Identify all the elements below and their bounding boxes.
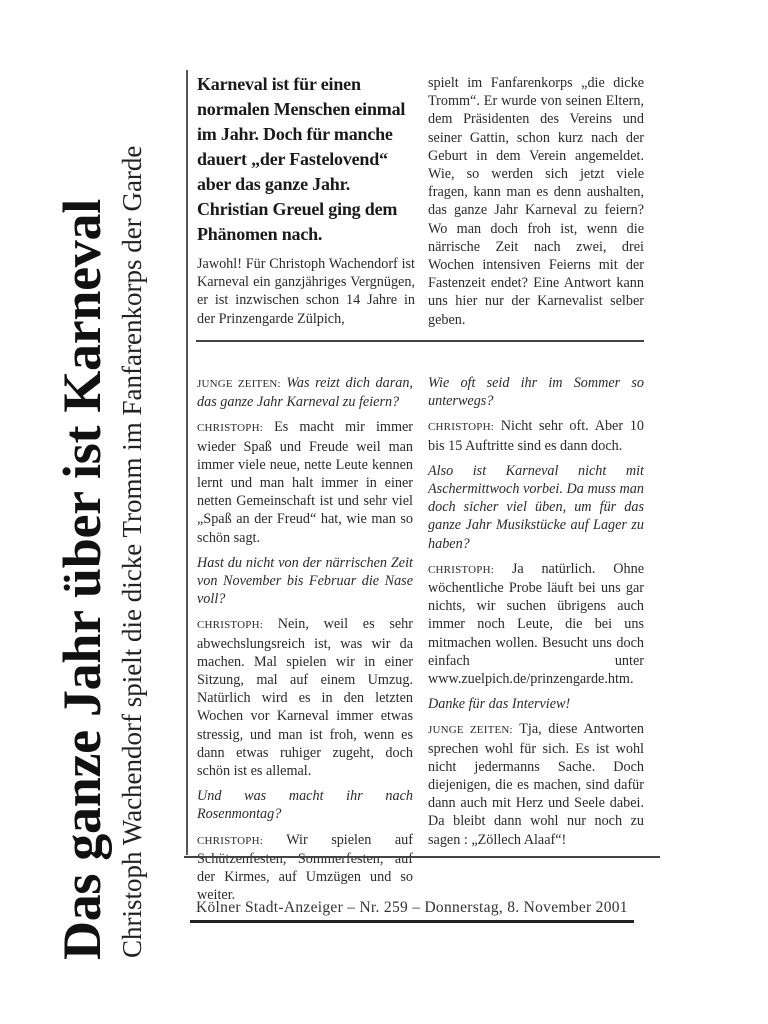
interview-entry: CHRISTOPH: Wir spielen auf Schützenfeste… (197, 831, 413, 905)
answer-text: Ja natürlich. Ohne wöchentliche Probe lä… (428, 561, 644, 687)
speaker-label: CHRISTOPH: (428, 564, 494, 576)
question-text: Wie oft seid ihr im Sommer so unterwegs? (428, 374, 644, 410)
interview-entry: CHRISTOPH: Es macht mir immer wieder Spa… (197, 418, 413, 546)
interview-entry: JUNGE ZEITEN: Was reizt dich daran, das … (197, 374, 413, 411)
interview-entry: CHRISTOPH: Ja natürlich. Ohne wöchentlic… (428, 560, 644, 688)
speaker-label: CHRISTOPH: (428, 421, 494, 433)
speaker-label: JUNGE ZEITEN: (428, 724, 513, 736)
intro-text-1: Jawohl! Für Christoph Wachendorf ist Kar… (197, 255, 415, 328)
interview-entry: CHRISTOPH: Nein, weil es sehr abwechslun… (197, 615, 413, 780)
interview-column-2: Wie oft seid ihr im Sommer so unterwegs?… (428, 374, 644, 856)
source-citation: Kölner Stadt-Anzeiger – Nr. 259 – Donner… (196, 899, 636, 917)
interview-column-1: JUNGE ZEITEN: Was reizt dich daran, das … (197, 374, 413, 911)
speaker-label: CHRISTOPH: (197, 835, 263, 847)
interview-entry: JUNGE ZEITEN: Tja, diese Antworten sprec… (428, 720, 644, 848)
question-text: Und was macht ihr nach Rosenmontag? (197, 787, 413, 823)
intro-column-1: Karneval ist für einen normalen Menschen… (197, 72, 415, 328)
intro-text-2: spielt im Fanfarenkorps „die dicke Tromm… (428, 74, 644, 329)
question-text: Danke für das Interview! (428, 695, 644, 713)
intro-column-2: spielt im Fanfarenkorps „die dicke Tromm… (428, 74, 644, 329)
vertical-divider (186, 70, 188, 855)
headline-block: Das ganze Jahr über ist Karneval Christo… (52, 60, 172, 960)
section-divider-top (196, 340, 644, 342)
answer-text: Nein, weil es sehr abwechslungsreich ist… (197, 616, 413, 779)
headline-title: Das ganze Jahr über ist Karneval (52, 60, 112, 960)
speaker-label: CHRISTOPH: (197, 422, 263, 434)
speaker-label: CHRISTOPH: (197, 619, 263, 631)
question-text: Also ist Karneval nicht mit Aschermittwo… (428, 462, 644, 553)
answer-text: Tja, diese Antworten sprechen wohl für s… (428, 721, 644, 847)
lead-paragraph: Karneval ist für einen normalen Menschen… (197, 72, 415, 247)
section-divider-bottom (184, 856, 660, 858)
question-text: Hast du nicht von der närrischen Zeit vo… (197, 554, 413, 609)
footer-rule (190, 920, 634, 923)
answer-text: Es macht mir immer wieder Spaß und Freud… (197, 419, 413, 545)
interview-entry: CHRISTOPH: Nicht sehr oft. Aber 10 bis 1… (428, 417, 644, 454)
headline-subtitle: Christoph Wachendorf spielt die dicke Tr… (112, 58, 152, 958)
speaker-label: JUNGE ZEITEN: (197, 378, 281, 390)
